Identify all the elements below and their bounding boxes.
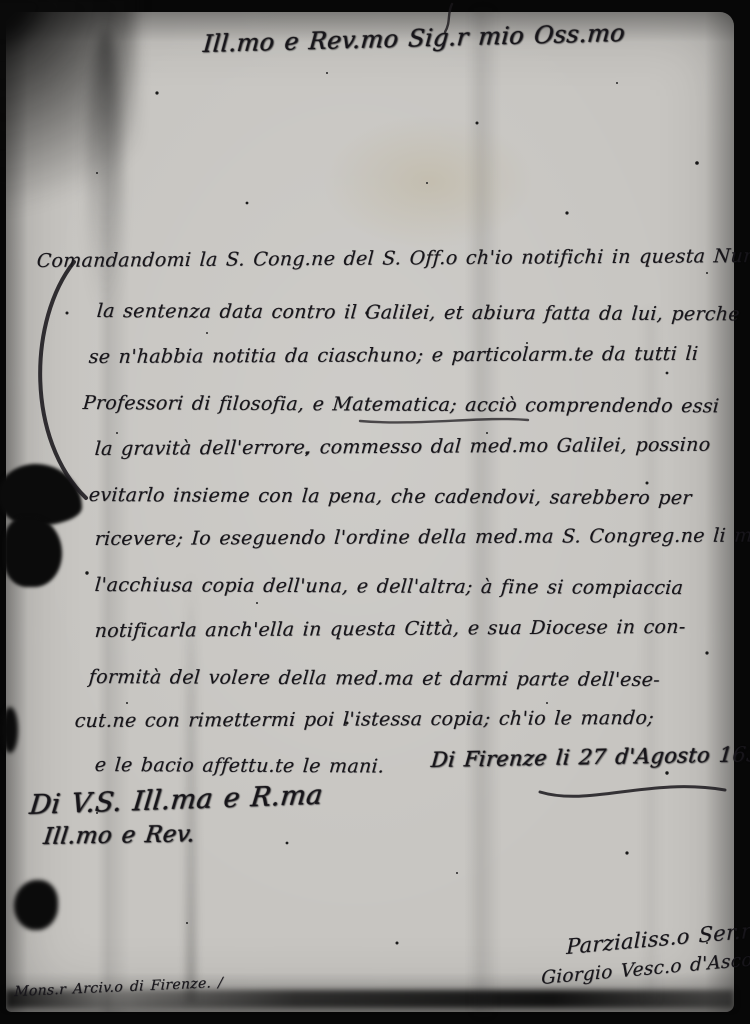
- closing-line-1: Di V.S. Ill.ma e R.ma: [28, 780, 324, 821]
- body-line-6: evitarlo insieme con la pena, che cadend…: [88, 484, 693, 509]
- body-line-10: formità del volere della med.ma et darmi…: [88, 666, 661, 691]
- closing-line-2: Ill.mo e Rev.: [42, 821, 197, 850]
- dateline: Di Firenze li 27 d'Agosto 1633: [430, 742, 750, 772]
- body-line-5: la gravità dell'errore, commesso dal med…: [94, 434, 711, 460]
- body-line-4: Professori di filosofia, e Matematica; a…: [82, 392, 720, 417]
- smear-column-top-left: [88, 30, 122, 320]
- body-line-3: se n'habbia notitia da ciaschuno; e part…: [88, 343, 699, 368]
- ink-blot-left-upper: [0, 464, 82, 526]
- edge-bump-left: [2, 707, 18, 753]
- body-line-9: notificarla anch'ella in questa Città, e…: [94, 616, 686, 642]
- body-line-7: ricevere; Io eseguendo l'ordine della me…: [94, 524, 750, 550]
- ink-blot-left-lower: [4, 517, 62, 587]
- body-line-12: e le bacio affettu.te le mani.: [94, 754, 385, 778]
- salutation-line: Ill.mo e Rev.mo Sig.r mio Oss.mo: [202, 19, 626, 58]
- body-line-11: cut.ne con rimettermi poi l'istessa copi…: [74, 707, 655, 732]
- body-line-2: la sentenza data contro il Galilei, et a…: [96, 300, 741, 325]
- body-line-8: l'acchiusa copia dell'una, e dell'altra;…: [94, 574, 684, 599]
- letter-paper: Ill.mo e Rev.mo Sig.r mio Oss.mo Comanda…: [6, 12, 734, 1012]
- corner-stain-top-left: [0, 0, 136, 232]
- blob-bottom-left: [14, 880, 58, 930]
- crease-center: [476, 12, 490, 1012]
- manuscript-photo: Ill.mo e Rev.mo Sig.r mio Oss.mo Comanda…: [0, 0, 750, 1024]
- body-line-1: Comandandomi la S. Cong.ne del S. Off.o …: [36, 245, 750, 272]
- paper-speckles: [6, 12, 8, 14]
- addressee-note: Mons.r Arciv.o di Firenze. /: [14, 975, 223, 1000]
